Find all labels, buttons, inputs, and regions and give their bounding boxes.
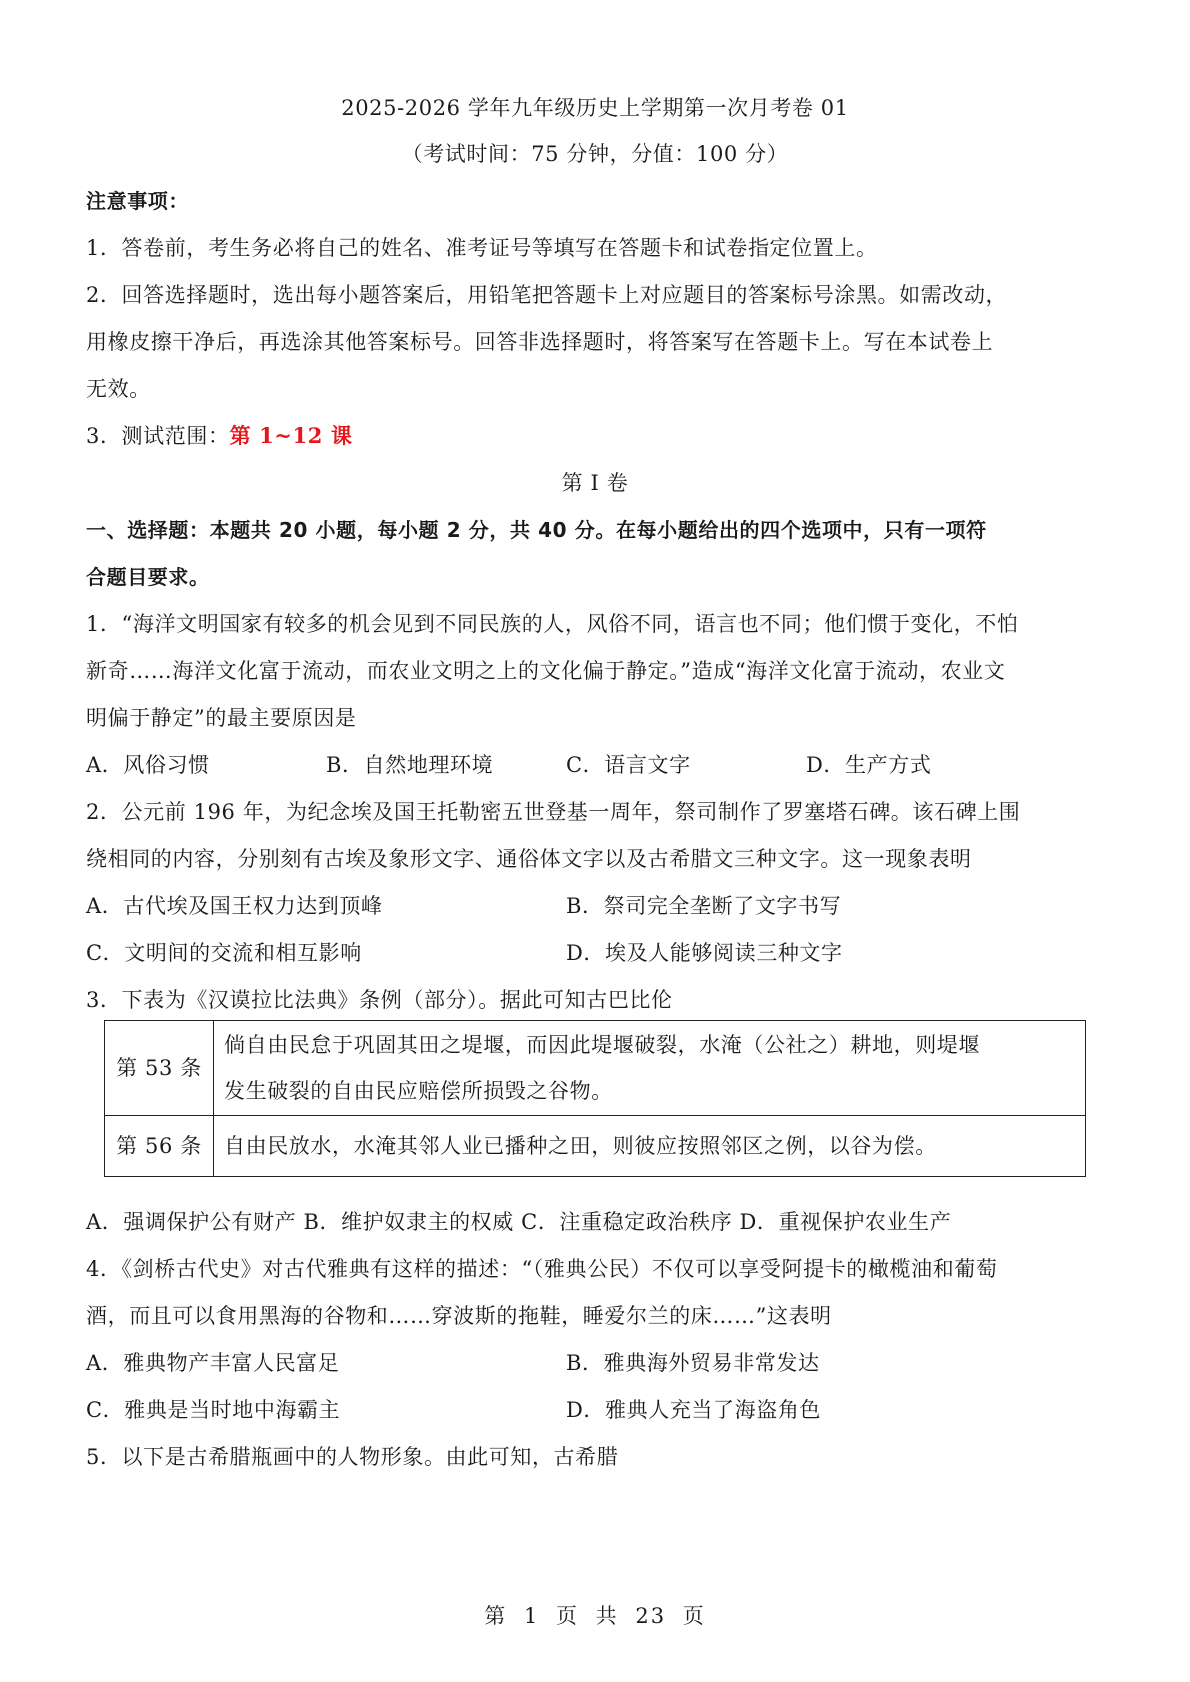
table-row: 第 53 条 倘自由民怠于巩固其田之堤堰，而因此堤堰破裂，水淹（公社之）耕地，则…: [105, 1021, 1086, 1116]
question-2-text-cont: 绕相同的内容，分别刻有古埃及象形文字、通俗体文字以及古希腊文三种文字。这一现象表…: [86, 845, 972, 873]
question-1-option-b: B．自然地理环境: [326, 751, 493, 779]
question-4-option-a: A．雅典物产丰富人民富足: [86, 1349, 339, 1377]
table-row: 第 56 条 自由民放水，水淹其邻人业已播种之田，则彼应按照邻区之例，以谷为偿。: [105, 1116, 1086, 1177]
article-number: 第 53 条: [105, 1021, 214, 1116]
article-text-line: 发生破裂的自由民应赔偿所损毁之谷物。: [224, 1068, 1084, 1114]
question-4-option-b: B．雅典海外贸易非常发达: [566, 1349, 820, 1377]
page-number: 第 1 页 共 23 页: [0, 1600, 1190, 1630]
question-2-text: 2．公元前 196 年，为纪念埃及国王托勒密五世登基一周年，祭司制作了罗塞塔石碑…: [86, 798, 1020, 826]
article-text: 自由民放水，水淹其邻人业已播种之田，则彼应按照邻区之例，以谷为偿。: [214, 1116, 1086, 1177]
scope-label: 3．测试范围：: [86, 424, 230, 448]
question-1-text: 1．“海洋文明国家有较多的机会见到不同民族的人，风俗不同，语言也不同；他们惯于变…: [86, 610, 1019, 638]
exam-subtitle: （考试时间：75 分钟，分值：100 分）: [0, 140, 1190, 168]
article-text-line: 倘自由民怠于巩固其田之堤堰，而因此堤堰破裂，水淹（公社之）耕地，则堤堰: [224, 1022, 1084, 1068]
question-4-option-c: C．雅典是当时地中海霸主: [86, 1396, 340, 1424]
question-3-text: 3．下表为《汉谟拉比法典》条例（部分）。据此可知古巴比伦: [86, 986, 673, 1014]
notice-item-3: 3．测试范围：第 1~12 课: [86, 422, 352, 450]
notice-item-2: 2．回答选择题时，选出每小题答案后，用铅笔把答题卡上对应题目的答案标号涂黑。如需…: [86, 281, 1007, 309]
law-table: 第 53 条 倘自由民怠于巩固其田之堤堰，而因此堤堰破裂，水淹（公社之）耕地，则…: [104, 1020, 1086, 1177]
question-4-text-cont: 酒，而且可以食用黑海的谷物和……穿波斯的拖鞋，睡爱尔兰的床……”这表明: [86, 1302, 832, 1330]
question-1-text-cont: 新奇……海洋文化富于流动，而农业文明之上的文化偏于静定。”造成“海洋文化富于流动…: [86, 657, 1005, 685]
question-2-option-b: B．祭司完全垄断了文字书写: [566, 892, 841, 920]
notice-item-2-cont: 用橡皮擦干净后，再选涂其他答案标号。回答非选择题时，将答案写在答题卡上。写在本试…: [86, 328, 993, 356]
notice-heading: 注意事项：: [86, 187, 189, 215]
section-instructions-cont: 合题目要求。: [86, 563, 210, 591]
question-2-option-d: D．埃及人能够阅读三种文字: [566, 939, 843, 967]
question-1-option-c: C．语言文字: [566, 751, 691, 779]
question-1-option-a: A．风俗习惯: [86, 751, 210, 779]
article-number: 第 56 条: [105, 1116, 214, 1177]
scope-value: 第 1~12 课: [230, 423, 353, 448]
question-2-option-c: C．文明间的交流和相互影响: [86, 939, 362, 967]
question-4-option-d: D．雅典人充当了海盗角色: [566, 1396, 821, 1424]
question-2-option-a: A．古代埃及国王权力达到顶峰: [86, 892, 383, 920]
section-instructions: 一、选择题：本题共 20 小题，每小题 2 分，共 40 分。在每小题给出的四个…: [86, 516, 987, 544]
question-1-text-end: 明偏于静定”的最主要原因是: [86, 704, 357, 732]
notice-item-1: 1．答卷前，考生务必将自己的姓名、准考证号等填写在答题卡和试卷指定位置上。: [86, 234, 878, 262]
question-1-option-d: D．生产方式: [806, 751, 931, 779]
notice-item-2-end: 无效。: [86, 375, 151, 403]
question-5-text: 5．以下是古希腊瓶画中的人物形象。由此可知，古希腊: [86, 1443, 618, 1471]
question-3-options: A．强调保护公有财产 B．维护奴隶主的权威 C．注重稳定政治秩序 D．重视保护农…: [86, 1208, 951, 1236]
question-4-text: 4．《剑桥古代史》对古代雅典有这样的描述：“（雅典公民）不仅可以享受阿提卡的橄榄…: [86, 1255, 998, 1283]
article-text: 倘自由民怠于巩固其田之堤堰，而因此堤堰破裂，水淹（公社之）耕地，则堤堰 发生破裂…: [214, 1021, 1086, 1116]
volume-heading: 第 I 卷: [0, 469, 1190, 497]
exam-title: 2025-2026 学年九年级历史上学期第一次月考卷 01: [0, 94, 1190, 122]
